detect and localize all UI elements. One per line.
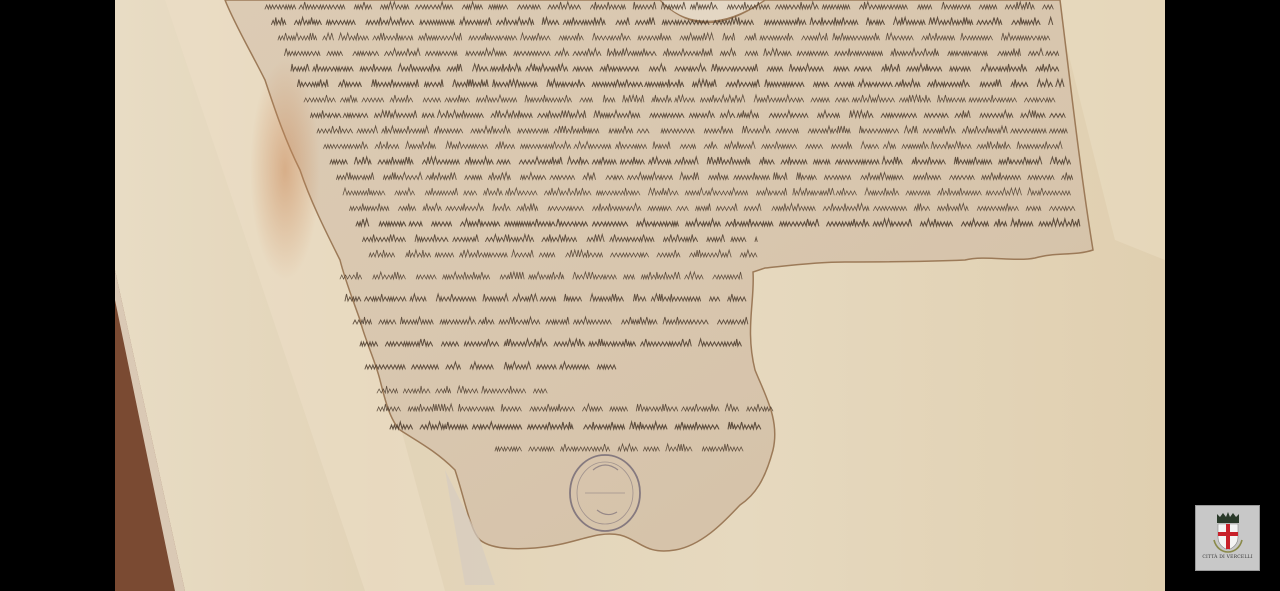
city-watermark-logo: CITTÀ DI VERCELLI bbox=[1195, 505, 1260, 571]
coat-of-arms-icon bbox=[1206, 510, 1250, 554]
video-frame bbox=[115, 0, 1165, 591]
watermark-caption: CITTÀ DI VERCELLI bbox=[1202, 555, 1252, 560]
manuscript-scene bbox=[115, 0, 1165, 591]
